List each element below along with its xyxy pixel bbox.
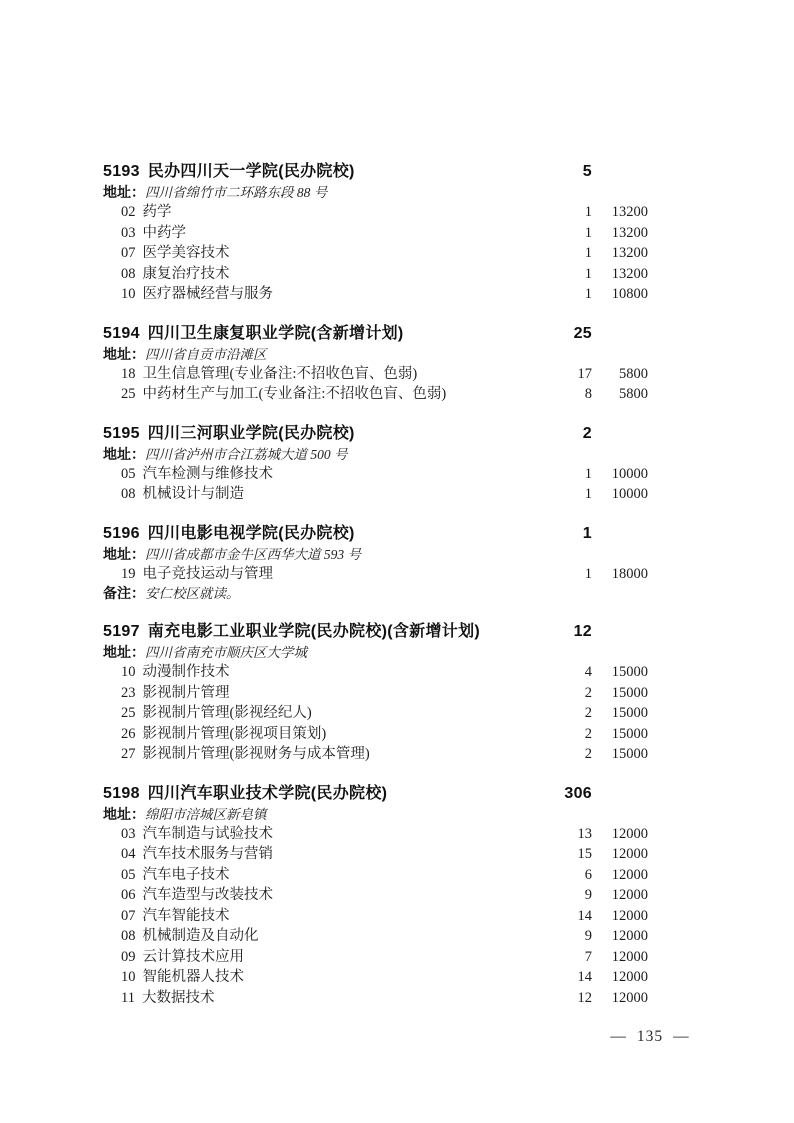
major-name: 电子竞技运动与管理 <box>143 566 274 582</box>
school-total-plan: 2 <box>547 423 592 445</box>
major-name: 智能机器人技术 <box>143 969 245 985</box>
major-code: 27 <box>121 746 136 762</box>
major-plan-count: 1 <box>547 202 592 223</box>
major-title: 26影视制片管理(影视项目策划) <box>103 724 547 745</box>
major-plan-count: 9 <box>547 926 592 947</box>
major-code: 25 <box>121 386 136 402</box>
school-name: 民办四川天一学院(民办院校) <box>148 163 355 180</box>
school-remark: 安仁校区就读。 <box>145 586 240 601</box>
school-total-plan: 5 <box>547 161 592 183</box>
major-row: 06汽车造型与改装技术 9 12000 <box>103 885 648 906</box>
school-code: 5198 <box>103 785 140 802</box>
major-name: 中药材生产与加工(专业备注:不招收色盲、色弱) <box>143 386 447 402</box>
major-row: 10动漫制作技术 4 15000 <box>103 662 648 683</box>
major-code: 07 <box>121 908 136 924</box>
school-address-line: 地址：四川省成都市金牛区西华大道 593 号 <box>103 545 648 564</box>
major-row: 07汽车智能技术 14 12000 <box>103 906 648 927</box>
major-row: 11大数据技术 12 12000 <box>103 988 648 1009</box>
major-plan-count: 1 <box>547 484 592 505</box>
school-header: 5198四川汽车职业技术学院(民办院校) 306 <box>103 783 648 805</box>
major-code: 02 <box>121 204 136 220</box>
major-code: 19 <box>121 566 136 582</box>
major-tuition: 12000 <box>592 824 648 845</box>
major-rows: 10动漫制作技术 4 15000 23影视制片管理 2 15000 25影视制片… <box>103 662 648 765</box>
school-title: 5197南充电影工业职业学院(民办院校)(含新增计划) <box>103 621 547 643</box>
school-code: 5195 <box>103 425 140 442</box>
major-code: 10 <box>121 286 136 302</box>
major-tuition: 12000 <box>592 865 648 886</box>
major-title: 07汽车智能技术 <box>103 906 547 927</box>
address-label: 地址： <box>103 644 145 660</box>
footer-dash-right: — <box>673 1028 690 1045</box>
major-title: 27影视制片管理(影视财务与成本管理) <box>103 744 547 765</box>
major-plan-count: 8 <box>547 384 592 405</box>
major-row: 03汽车制造与试验技术 13 12000 <box>103 824 648 845</box>
major-plan-count: 2 <box>547 703 592 724</box>
school-header: 5195四川三河职业学院(民办院校) 2 <box>103 423 648 445</box>
school-remark-line: 备注：安仁校区就读。 <box>103 584 648 603</box>
school-total-plan: 1 <box>547 523 592 545</box>
major-tuition: 12000 <box>592 967 648 988</box>
major-tuition: 12000 <box>592 988 648 1009</box>
major-name: 大数据技术 <box>142 990 215 1006</box>
school-name: 四川三河职业学院(民办院校) <box>148 425 355 442</box>
major-name: 医疗器械经营与服务 <box>143 286 274 302</box>
address-label: 地址： <box>103 446 145 462</box>
major-code: 06 <box>121 887 136 903</box>
major-code: 25 <box>121 705 136 721</box>
major-tuition: 15000 <box>592 662 648 683</box>
major-title: 23影视制片管理 <box>103 683 547 704</box>
major-row: 04汽车技术服务与营销 15 12000 <box>103 844 648 865</box>
major-title: 11大数据技术 <box>103 988 547 1009</box>
major-plan-count: 2 <box>547 744 592 765</box>
major-plan-count: 12 <box>547 988 592 1009</box>
school-code: 5194 <box>103 325 140 342</box>
major-row: 18卫生信息管理(专业备注:不招收色盲、色弱) 17 5800 <box>103 364 648 385</box>
address-label: 地址： <box>103 346 145 362</box>
major-code: 10 <box>121 969 136 985</box>
major-plan-count: 2 <box>547 683 592 704</box>
major-code: 11 <box>121 990 135 1006</box>
major-plan-count: 13 <box>547 824 592 845</box>
school-section: 5193民办四川天一学院(民办院校) 5 地址：四川省绵竹市二环路东段 88 号… <box>103 161 648 305</box>
major-row: 25中药材生产与加工(专业备注:不招收色盲、色弱) 8 5800 <box>103 384 648 405</box>
school-total-plan: 12 <box>547 621 592 643</box>
major-name: 影视制片管理(影视项目策划) <box>143 726 327 742</box>
school-address: 四川省绵竹市二环路东段 88 号 <box>145 185 327 200</box>
school-name: 四川卫生康复职业学院(含新增计划) <box>148 325 404 342</box>
school-address-line: 地址：四川省绵竹市二环路东段 88 号 <box>103 183 648 202</box>
school-section: 5198四川汽车职业技术学院(民办院校) 306 地址：绵阳市涪城区新皂镇 03… <box>103 783 648 1009</box>
school-total-plan: 306 <box>547 783 592 805</box>
major-rows: 02药学 1 13200 03中药学 1 13200 07医学美容技术 1 13… <box>103 202 648 305</box>
major-name: 汽车技术服务与营销 <box>143 846 274 862</box>
remark-label: 备注： <box>103 585 145 601</box>
page-footer: —135— <box>560 1028 740 1046</box>
school-address: 四川省南充市顺庆区大学城 <box>145 645 307 660</box>
major-name: 汽车检测与维修技术 <box>143 466 274 482</box>
major-name: 医学美容技术 <box>143 245 230 261</box>
school-address: 四川省自贡市沿滩区 <box>145 347 267 362</box>
major-code: 05 <box>121 867 136 883</box>
major-name: 机械设计与制造 <box>143 486 245 502</box>
school-header: 5194四川卫生康复职业学院(含新增计划) 25 <box>103 323 648 345</box>
major-name: 影视制片管理 <box>143 685 230 701</box>
major-name: 汽车智能技术 <box>143 908 230 924</box>
major-row: 19电子竞技运动与管理 1 18000 <box>103 564 648 585</box>
major-code: 23 <box>121 685 136 701</box>
school-total-plan: 25 <box>547 323 592 345</box>
major-title: 10智能机器人技术 <box>103 967 547 988</box>
major-code: 03 <box>121 225 136 241</box>
school-address: 四川省成都市金牛区西华大道 593 号 <box>145 547 361 562</box>
major-name: 动漫制作技术 <box>143 664 230 680</box>
major-name: 康复治疗技术 <box>143 266 230 282</box>
school-title: 5196四川电影电视学院(民办院校) <box>103 523 547 545</box>
major-row: 27影视制片管理(影视财务与成本管理) 2 15000 <box>103 744 648 765</box>
major-tuition: 13200 <box>592 264 648 285</box>
major-title: 08机械制造及自动化 <box>103 926 547 947</box>
major-title: 02药学 <box>103 202 547 223</box>
page-number: 135 <box>637 1028 663 1045</box>
major-plan-count: 17 <box>547 364 592 385</box>
major-code: 08 <box>121 266 136 282</box>
major-name: 机械制造及自动化 <box>143 928 259 944</box>
major-row: 05汽车检测与维修技术 1 10000 <box>103 464 648 485</box>
major-plan-count: 1 <box>547 223 592 244</box>
major-name: 云计算技术应用 <box>143 949 245 965</box>
major-plan-count: 2 <box>547 724 592 745</box>
major-tuition: 18000 <box>592 564 648 585</box>
major-plan-count: 14 <box>547 967 592 988</box>
major-row: 02药学 1 13200 <box>103 202 648 223</box>
school-section: 5194四川卫生康复职业学院(含新增计划) 25 地址：四川省自贡市沿滩区 18… <box>103 323 648 405</box>
school-address-line: 地址：四川省泸州市合江荔城大道 500 号 <box>103 445 648 464</box>
major-title: 03汽车制造与试验技术 <box>103 824 547 845</box>
admission-plan-page: 5193民办四川天一学院(民办院校) 5 地址：四川省绵竹市二环路东段 88 号… <box>103 161 648 1008</box>
major-tuition: 15000 <box>592 744 648 765</box>
major-tuition: 13200 <box>592 202 648 223</box>
major-row: 10医疗器械经营与服务 1 10800 <box>103 284 648 305</box>
major-title: 18卫生信息管理(专业备注:不招收色盲、色弱) <box>103 364 547 385</box>
major-title: 08康复治疗技术 <box>103 264 547 285</box>
address-label: 地址： <box>103 546 145 562</box>
school-name: 南充电影工业职业学院(民办院校)(含新增计划) <box>148 623 480 640</box>
major-title: 08机械设计与制造 <box>103 484 547 505</box>
major-name: 药学 <box>143 204 172 220</box>
major-title: 10动漫制作技术 <box>103 662 547 683</box>
school-list: 5193民办四川天一学院(民办院校) 5 地址：四川省绵竹市二环路东段 88 号… <box>103 161 648 1008</box>
major-name: 中药学 <box>143 225 187 241</box>
major-row: 23影视制片管理 2 15000 <box>103 683 648 704</box>
school-title: 5198四川汽车职业技术学院(民办院校) <box>103 783 547 805</box>
address-label: 地址： <box>103 184 145 200</box>
major-tuition: 10000 <box>592 464 648 485</box>
major-rows: 18卫生信息管理(专业备注:不招收色盲、色弱) 17 5800 25中药材生产与… <box>103 364 648 405</box>
major-plan-count: 6 <box>547 865 592 886</box>
major-tuition: 10800 <box>592 284 648 305</box>
major-name: 汽车造型与改装技术 <box>143 887 274 903</box>
major-title: 09云计算技术应用 <box>103 947 547 968</box>
major-tuition: 12000 <box>592 947 648 968</box>
school-address-line: 地址：四川省南充市顺庆区大学城 <box>103 643 648 662</box>
school-title: 5193民办四川天一学院(民办院校) <box>103 161 547 183</box>
school-name: 四川汽车职业技术学院(民办院校) <box>148 785 387 802</box>
major-tuition: 15000 <box>592 703 648 724</box>
major-tuition: 15000 <box>592 724 648 745</box>
major-row: 10智能机器人技术 14 12000 <box>103 967 648 988</box>
school-code: 5197 <box>103 623 140 640</box>
major-row: 05汽车电子技术 6 12000 <box>103 865 648 886</box>
school-name: 四川电影电视学院(民办院校) <box>148 525 355 542</box>
major-code: 09 <box>121 949 136 965</box>
major-name: 汽车电子技术 <box>143 867 230 883</box>
major-row: 26影视制片管理(影视项目策划) 2 15000 <box>103 724 648 745</box>
major-plan-count: 1 <box>547 464 592 485</box>
major-code: 03 <box>121 826 136 842</box>
school-code: 5196 <box>103 525 140 542</box>
major-plan-count: 7 <box>547 947 592 968</box>
school-section: 5197南充电影工业职业学院(民办院校)(含新增计划) 12 地址：四川省南充市… <box>103 621 648 765</box>
major-tuition: 13200 <box>592 243 648 264</box>
major-name: 影视制片管理(影视财务与成本管理) <box>143 746 370 762</box>
footer-dash-left: — <box>610 1028 627 1045</box>
school-header: 5196四川电影电视学院(民办院校) 1 <box>103 523 648 545</box>
major-plan-count: 1 <box>547 243 592 264</box>
school-section: 5196四川电影电视学院(民办院校) 1 地址：四川省成都市金牛区西华大道 59… <box>103 523 648 604</box>
major-tuition: 12000 <box>592 844 648 865</box>
school-code: 5193 <box>103 163 140 180</box>
major-title: 19电子竞技运动与管理 <box>103 564 547 585</box>
major-tuition: 5800 <box>592 364 648 385</box>
major-row: 09云计算技术应用 7 12000 <box>103 947 648 968</box>
major-name: 影视制片管理(影视经纪人) <box>143 705 312 721</box>
major-title: 10医疗器械经营与服务 <box>103 284 547 305</box>
school-address-line: 地址：四川省自贡市沿滩区 <box>103 345 648 364</box>
major-title: 25中药材生产与加工(专业备注:不招收色盲、色弱) <box>103 384 547 405</box>
major-row: 08康复治疗技术 1 13200 <box>103 264 648 285</box>
school-address-line: 地址：绵阳市涪城区新皂镇 <box>103 805 648 824</box>
major-plan-count: 14 <box>547 906 592 927</box>
major-plan-count: 1 <box>547 264 592 285</box>
major-code: 10 <box>121 664 136 680</box>
major-tuition: 13200 <box>592 223 648 244</box>
major-tuition: 10000 <box>592 484 648 505</box>
major-code: 07 <box>121 245 136 261</box>
major-code: 08 <box>121 486 136 502</box>
major-title: 05汽车电子技术 <box>103 865 547 886</box>
major-row: 03中药学 1 13200 <box>103 223 648 244</box>
major-code: 26 <box>121 726 136 742</box>
major-name: 卫生信息管理(专业备注:不招收色盲、色弱) <box>143 366 418 382</box>
major-tuition: 5800 <box>592 384 648 405</box>
school-header: 5193民办四川天一学院(民办院校) 5 <box>103 161 648 183</box>
major-code: 04 <box>121 846 136 862</box>
major-code: 18 <box>121 366 136 382</box>
major-row: 08机械制造及自动化 9 12000 <box>103 926 648 947</box>
major-plan-count: 15 <box>547 844 592 865</box>
school-section: 5195四川三河职业学院(民办院校) 2 地址：四川省泸州市合江荔城大道 500… <box>103 423 648 505</box>
major-title: 04汽车技术服务与营销 <box>103 844 547 865</box>
major-code: 05 <box>121 466 136 482</box>
major-plan-count: 9 <box>547 885 592 906</box>
major-rows: 19电子竞技运动与管理 1 18000 <box>103 564 648 585</box>
major-title: 25影视制片管理(影视经纪人) <box>103 703 547 724</box>
major-plan-count: 1 <box>547 564 592 585</box>
school-header: 5197南充电影工业职业学院(民办院校)(含新增计划) 12 <box>103 621 648 643</box>
major-plan-count: 4 <box>547 662 592 683</box>
major-tuition: 15000 <box>592 683 648 704</box>
major-rows: 05汽车检测与维修技术 1 10000 08机械设计与制造 1 10000 <box>103 464 648 505</box>
school-address: 四川省泸州市合江荔城大道 500 号 <box>145 447 348 462</box>
address-label: 地址： <box>103 806 145 822</box>
school-title: 5194四川卫生康复职业学院(含新增计划) <box>103 323 547 345</box>
major-title: 06汽车造型与改装技术 <box>103 885 547 906</box>
school-address: 绵阳市涪城区新皂镇 <box>145 807 267 822</box>
school-title: 5195四川三河职业学院(民办院校) <box>103 423 547 445</box>
major-name: 汽车制造与试验技术 <box>143 826 274 842</box>
major-row: 08机械设计与制造 1 10000 <box>103 484 648 505</box>
major-tuition: 12000 <box>592 926 648 947</box>
major-rows: 03汽车制造与试验技术 13 12000 04汽车技术服务与营销 15 1200… <box>103 824 648 1009</box>
major-tuition: 12000 <box>592 885 648 906</box>
major-title: 03中药学 <box>103 223 547 244</box>
major-title: 05汽车检测与维修技术 <box>103 464 547 485</box>
major-plan-count: 1 <box>547 284 592 305</box>
major-row: 07医学美容技术 1 13200 <box>103 243 648 264</box>
major-title: 07医学美容技术 <box>103 243 547 264</box>
major-code: 08 <box>121 928 136 944</box>
major-tuition: 12000 <box>592 906 648 927</box>
major-row: 25影视制片管理(影视经纪人) 2 15000 <box>103 703 648 724</box>
